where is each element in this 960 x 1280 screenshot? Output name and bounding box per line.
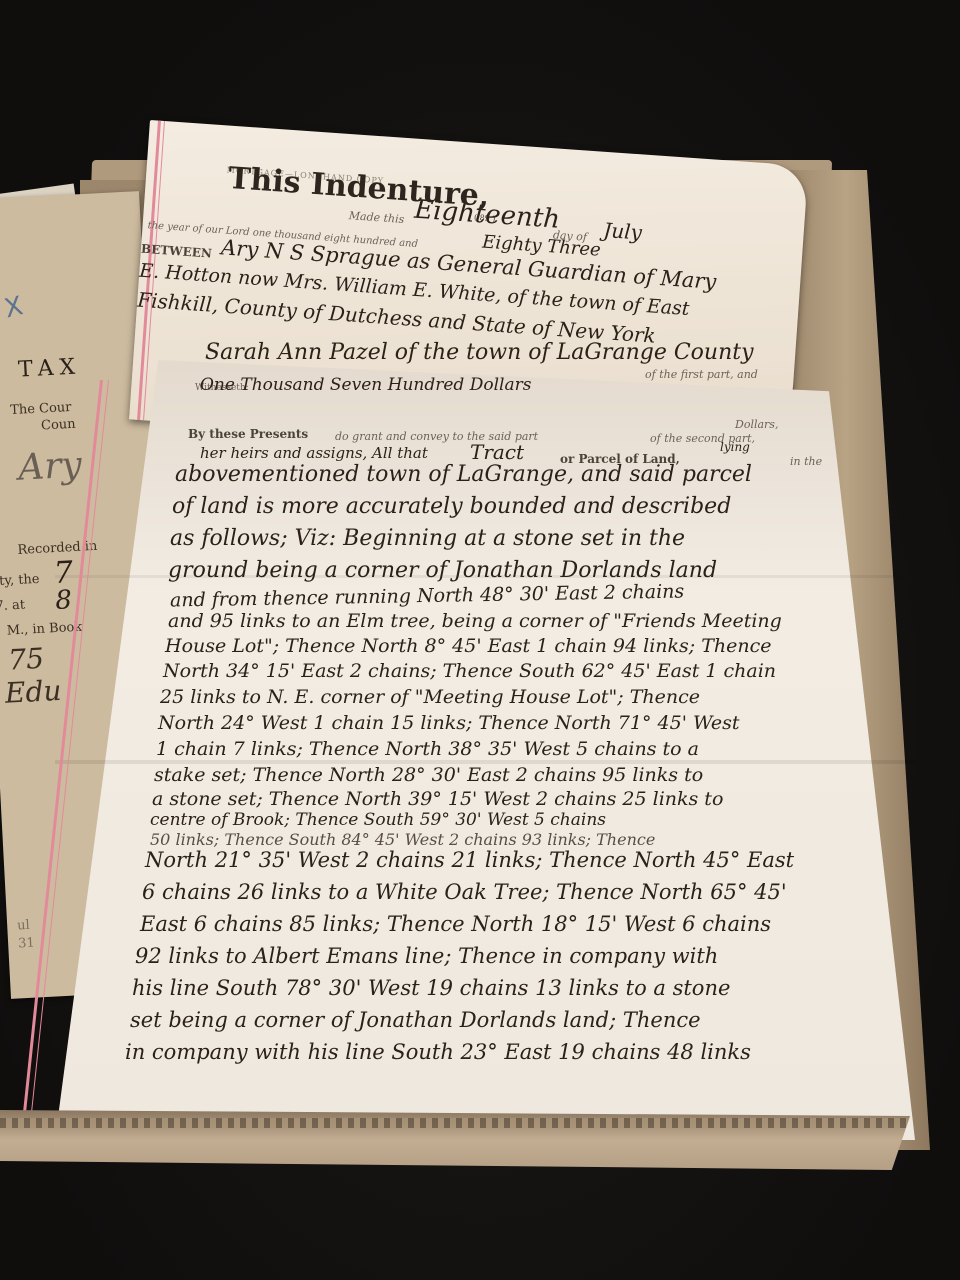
fragment-2: 31 bbox=[18, 936, 35, 952]
body-line: North 21° 35' West 2 chains 21 links; Th… bbox=[145, 848, 794, 872]
body-line: 25 links to N. E. corner of "Meeting Hou… bbox=[160, 686, 700, 708]
body-line: 1 chain 7 links; Thence North 38° 35' We… bbox=[156, 738, 699, 760]
body-line: stake set; Thence North 28° 30' East 2 c… bbox=[154, 764, 703, 786]
body-line: North 34° 15' East 2 chains; Thence Sout… bbox=[163, 660, 776, 682]
body-line: House Lot"; Thence North 8° 45' East 1 c… bbox=[165, 635, 772, 657]
tract-word: Tract bbox=[470, 440, 524, 464]
body-line: of land is more accurately bounded and d… bbox=[172, 494, 731, 519]
body-line: set being a corner of Jonathan Dorlands … bbox=[130, 1008, 701, 1032]
body-line: abovementioned town of LaGrange, and sai… bbox=[175, 462, 752, 487]
body-line: North 24° West 1 chain 15 links; Thence … bbox=[158, 712, 740, 734]
body-line: a stone set; Thence North 39° 15' West 2… bbox=[152, 788, 723, 810]
first-part-label: of the first part, and bbox=[645, 368, 758, 381]
body-line: centre of Brook; Thence South 59° 30' We… bbox=[150, 810, 606, 830]
tax-line-1: The Cour bbox=[10, 400, 72, 418]
at-label: 7. at bbox=[0, 598, 25, 615]
consideration: One Thousand Seven Hundred Dollars bbox=[200, 375, 531, 395]
box-front-wall bbox=[0, 1110, 910, 1170]
body-line: and 95 links to an Elm tree, being a cor… bbox=[168, 610, 782, 632]
blue-pencil-mark: X bbox=[2, 291, 26, 324]
dollars-label: Dollars, bbox=[735, 418, 778, 431]
tax-title: TAX bbox=[18, 354, 82, 382]
by-presents: By these Presents bbox=[188, 427, 308, 441]
body-line: his line South 78° 30' West 19 chains 13… bbox=[132, 976, 730, 1000]
book-label: M., in Book bbox=[6, 620, 82, 639]
made-this-label: Made this bbox=[348, 209, 404, 226]
fragment-1: ul bbox=[17, 918, 30, 934]
recorded-hour: 8 bbox=[55, 585, 73, 616]
body-line: 92 links to Albert Emans line; Thence in… bbox=[135, 944, 718, 968]
book-number: 75 bbox=[7, 642, 44, 677]
ty-the-label: ty, the bbox=[0, 572, 40, 589]
body-line: ground being a corner of Jonathan Dorlan… bbox=[168, 558, 717, 583]
tax-script-name: Ary bbox=[17, 444, 83, 488]
month: July bbox=[603, 218, 643, 245]
tax-line-2: Coun bbox=[41, 417, 76, 434]
body-line: 6 chains 26 links to a White Oak Tree; T… bbox=[142, 880, 787, 904]
signature: Edu bbox=[4, 674, 62, 710]
body-line: in company with his line South 23° East … bbox=[125, 1040, 751, 1064]
body-line: 50 links; Thence South 84° 45' West 2 ch… bbox=[150, 830, 655, 849]
heirs-line: her heirs and assigns, All that bbox=[200, 444, 428, 462]
party-second: Sarah Ann Pazel of the town of LaGrange … bbox=[205, 340, 754, 365]
body-line: East 6 chains 85 links; Thence North 18°… bbox=[140, 912, 771, 936]
in-the-label: in the bbox=[790, 455, 822, 468]
body-line: as follows; Viz: Beginning at a stone se… bbox=[170, 526, 685, 551]
lying-word: lying bbox=[720, 440, 750, 454]
